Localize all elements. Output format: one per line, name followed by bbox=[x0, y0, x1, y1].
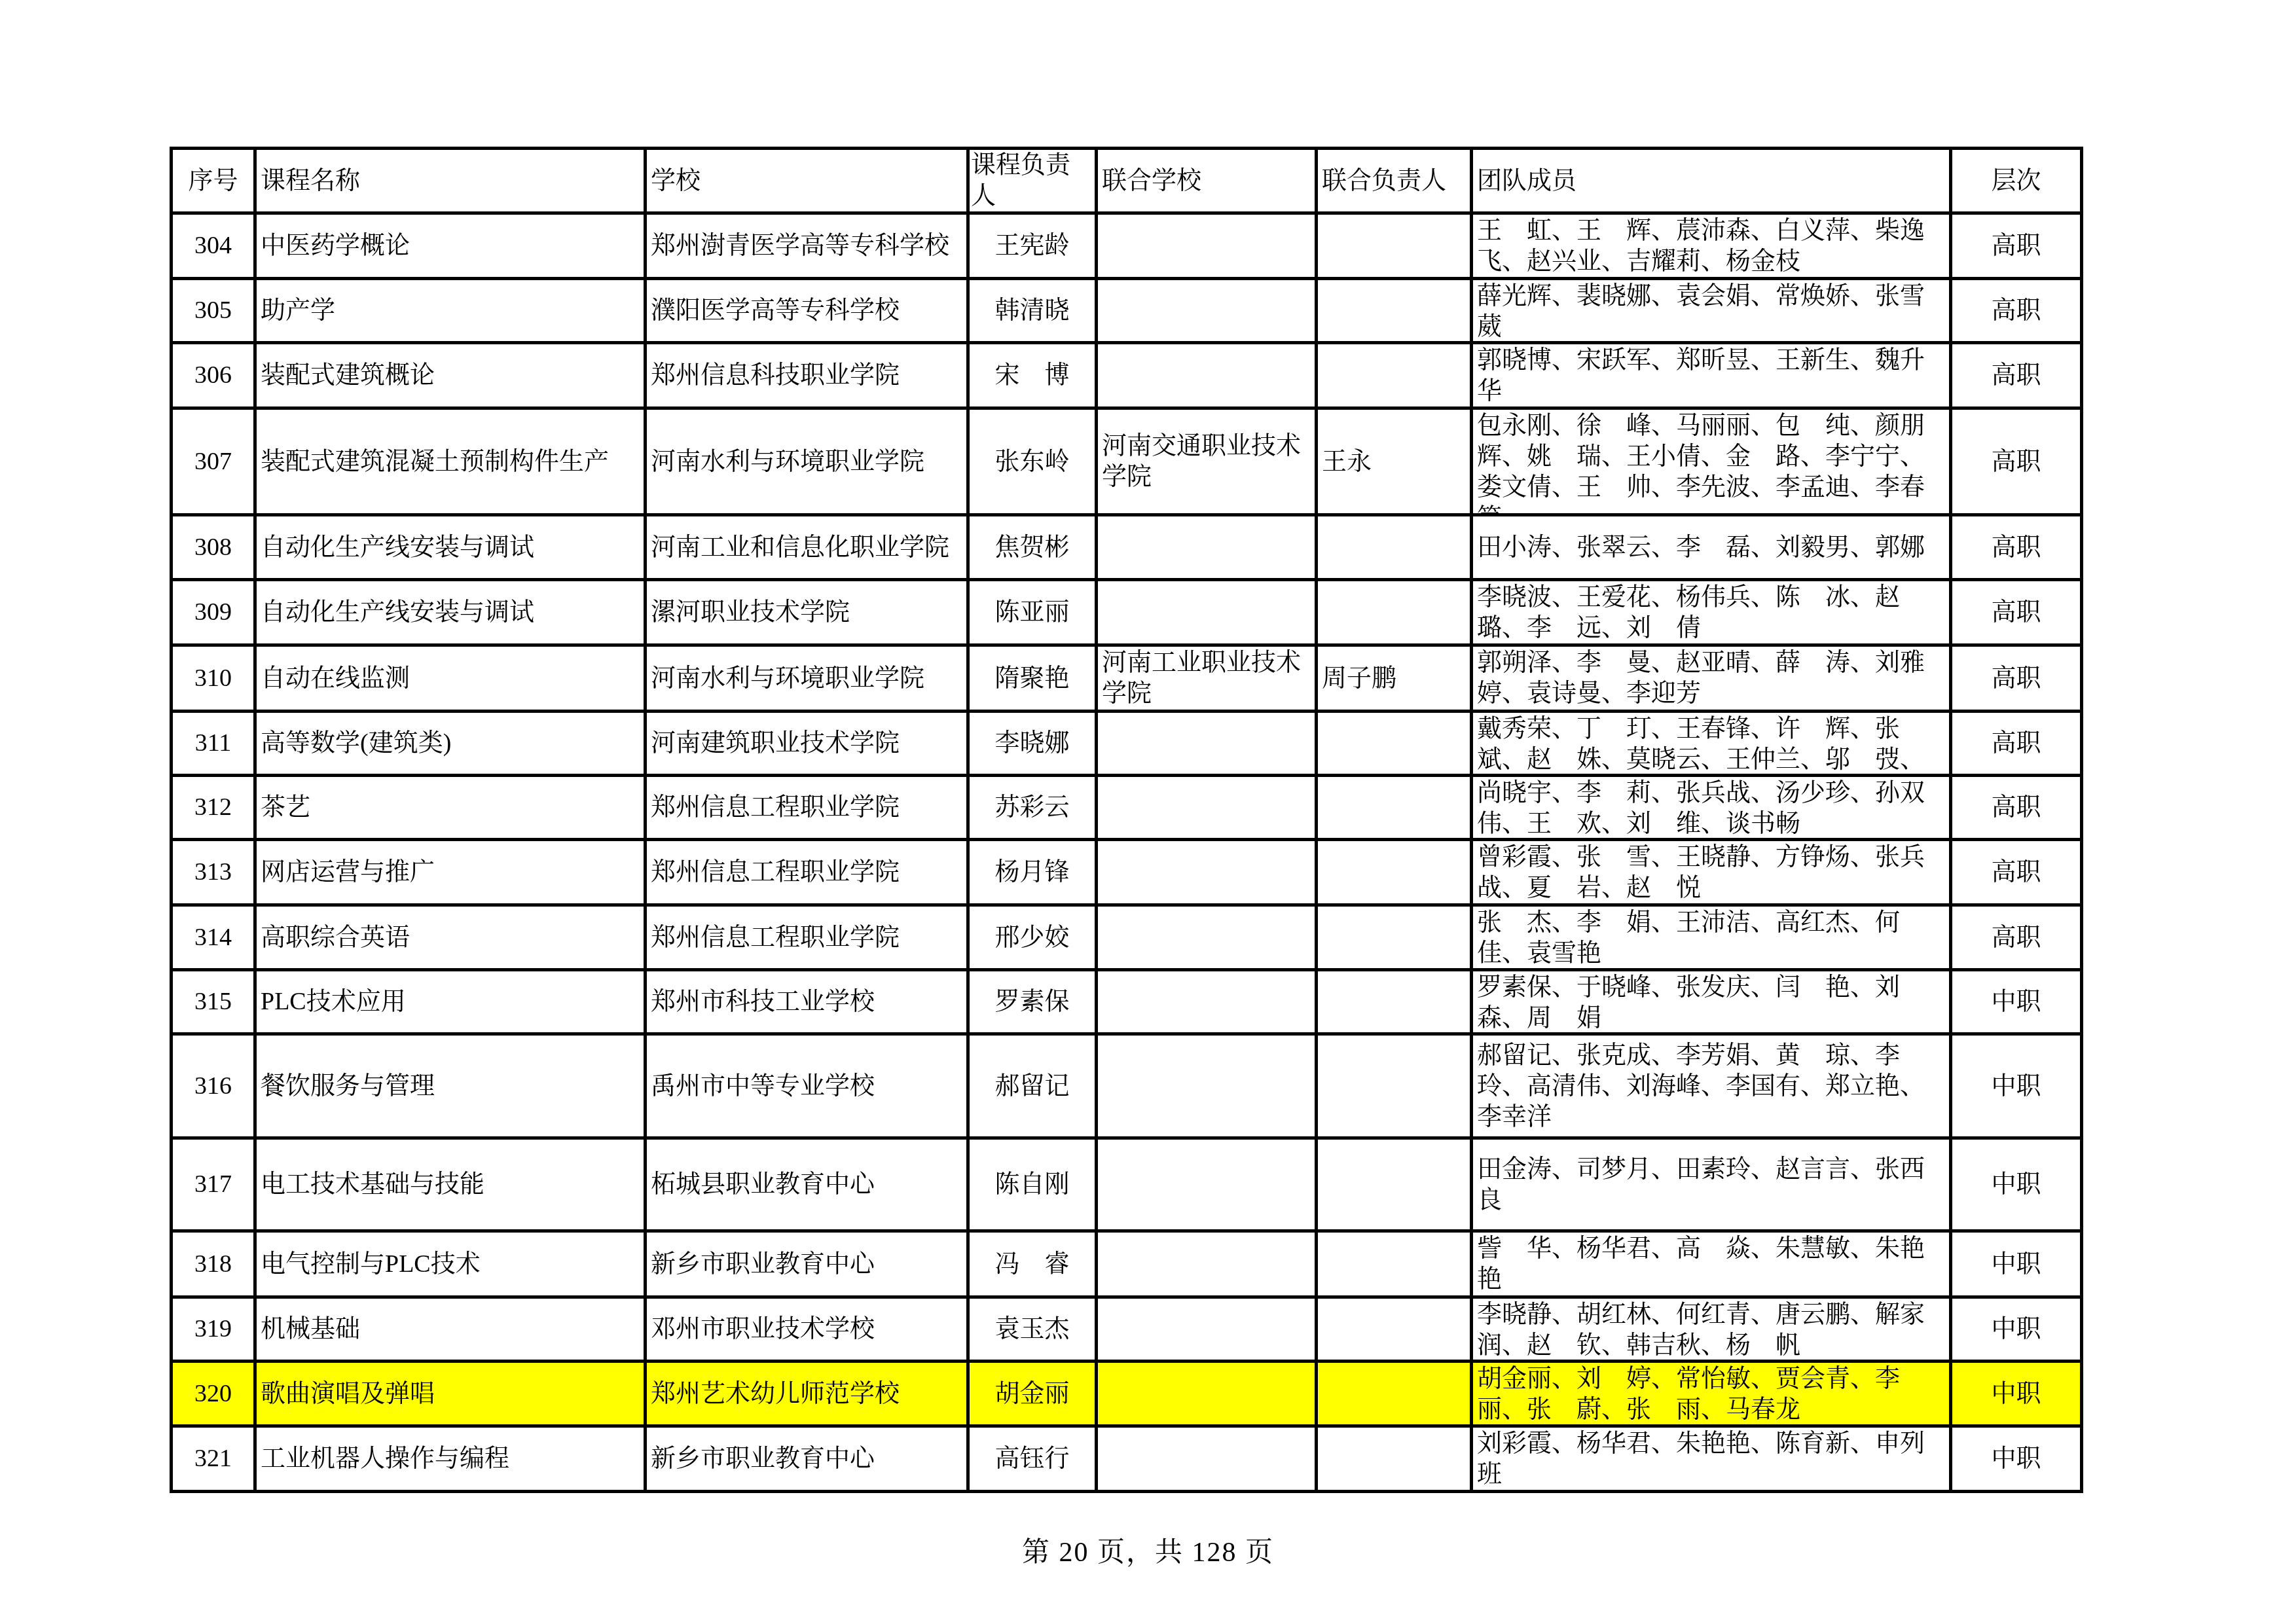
cell-level-text: 高职 bbox=[1956, 663, 2076, 694]
cell-course-text: 自动化生产线安装与调试 bbox=[261, 597, 640, 628]
cell-team: 郭朔泽、李 曼、赵亚晴、薛 涛、刘雅婷、袁诗曼、李迎芳 bbox=[1472, 645, 1951, 712]
cell-level: 高职 bbox=[1951, 645, 2082, 712]
cell-level: 高职 bbox=[1951, 213, 2082, 279]
cell-leader-text: 高钰行 bbox=[974, 1443, 1091, 1474]
table-row: 313网店运营与推广郑州信息工程职业学院杨月锋曾彩霞、张 雪、王晓静、方铮炀、张… bbox=[172, 840, 2082, 905]
cell-joint-leader bbox=[1317, 213, 1472, 279]
cell-level: 高职 bbox=[1951, 776, 2082, 840]
cell-course-text: 茶艺 bbox=[261, 792, 640, 823]
cell-course: 电工技术基础与技能 bbox=[255, 1138, 646, 1231]
cell-level-text: 中职 bbox=[1956, 1169, 2076, 1200]
table-row: 315PLC技术应用郑州市科技工业学校罗素保罗素保、于晓峰、张发庆、闫 艳、刘森… bbox=[172, 970, 2082, 1034]
cell-team-text: 田小涛、张翠云、李 磊、刘毅男、郭娜 bbox=[1477, 532, 1945, 563]
cell-level-text: 高职 bbox=[1956, 360, 2076, 391]
cell-team: 张 杰、李 娟、王沛洁、高红杰、何佳、袁雪艳 bbox=[1472, 905, 1951, 970]
cell-leader-text: 冯 睿 bbox=[974, 1249, 1091, 1280]
cell-no: 308 bbox=[172, 515, 255, 580]
cell-no: 312 bbox=[172, 776, 255, 840]
cell-level: 中职 bbox=[1951, 1138, 2082, 1231]
cell-joint-leader bbox=[1317, 580, 1472, 645]
cell-course-text: 高等数学(建筑类) bbox=[261, 728, 640, 759]
cell-leader: 罗素保 bbox=[968, 970, 1097, 1034]
cell-school: 河南建筑职业技术学院 bbox=[646, 712, 968, 776]
cell-joint-school bbox=[1097, 213, 1317, 279]
cell-leader-text: 陈亚丽 bbox=[974, 597, 1091, 628]
cell-leader: 陈自刚 bbox=[968, 1138, 1097, 1231]
cell-joint-school-text: 河南工业职业技术学院 bbox=[1102, 647, 1311, 709]
cell-level-text: 高职 bbox=[1956, 728, 2076, 759]
cell-no-text: 311 bbox=[177, 728, 249, 759]
cell-school: 禹州市中等专业学校 bbox=[646, 1034, 968, 1138]
cell-school-text: 郑州信息工程职业学院 bbox=[651, 857, 962, 888]
cell-school: 郑州信息工程职业学院 bbox=[646, 776, 968, 840]
cell-leader-text: 苏彩云 bbox=[974, 792, 1091, 823]
cell-level-text: 高职 bbox=[1956, 446, 2076, 477]
cell-joint-school bbox=[1097, 1426, 1317, 1492]
cell-leader-text: 王宪龄 bbox=[974, 230, 1091, 261]
cell-level: 中职 bbox=[1951, 1034, 2082, 1138]
cell-course: 自动化生产线安装与调试 bbox=[255, 515, 646, 580]
cell-school-text: 漯河职业技术学院 bbox=[651, 597, 962, 628]
cell-no: 313 bbox=[172, 840, 255, 905]
cell-team-text: 张 杰、李 娟、王沛洁、高红杰、何佳、袁雪艳 bbox=[1477, 907, 1945, 968]
header-school: 学校 bbox=[646, 149, 968, 213]
cell-leader-text: 韩清晓 bbox=[974, 295, 1091, 326]
cell-leader-text: 罗素保 bbox=[974, 986, 1091, 1017]
cell-school-text: 河南建筑职业技术学院 bbox=[651, 728, 962, 759]
cell-team-text: 郝留记、张克成、李芳娟、黄 琼、李玲、高清伟、刘海峰、李国有、郑立艳、李幸洋 bbox=[1477, 1040, 1945, 1132]
table-row: 310自动在线监测河南水利与环境职业学院隋聚艳河南工业职业技术学院周子鹏郭朔泽、… bbox=[172, 645, 2082, 712]
cell-joint-school bbox=[1097, 1297, 1317, 1362]
cell-school: 漯河职业技术学院 bbox=[646, 580, 968, 645]
cell-level-text: 高职 bbox=[1956, 792, 2076, 823]
header-team: 团队成员 bbox=[1472, 149, 1951, 213]
cell-level-text: 高职 bbox=[1956, 532, 2076, 563]
cell-no-text: 313 bbox=[177, 857, 249, 888]
cell-school-text: 郑州信息工程职业学院 bbox=[651, 922, 962, 953]
cell-no: 321 bbox=[172, 1426, 255, 1492]
cell-joint-school bbox=[1097, 905, 1317, 970]
cell-leader-text: 郝留记 bbox=[974, 1071, 1091, 1102]
cell-school: 邓州市职业技术学校 bbox=[646, 1297, 968, 1362]
cell-course-text: 自动在线监测 bbox=[261, 663, 640, 694]
cell-school-text: 河南水利与环境职业学院 bbox=[651, 663, 962, 694]
cell-no: 306 bbox=[172, 343, 255, 408]
cell-team: 王 虹、王 辉、莀沛森、白义萍、柴逸飞、赵兴业、吉耀莉、杨金枝 bbox=[1472, 213, 1951, 279]
cell-level: 中职 bbox=[1951, 1362, 2082, 1426]
cell-joint-school: 河南交通职业技术学院 bbox=[1097, 408, 1317, 515]
cell-no: 305 bbox=[172, 279, 255, 343]
cell-course-text: 餐饮服务与管理 bbox=[261, 1071, 640, 1102]
cell-joint-leader bbox=[1317, 515, 1472, 580]
cell-school: 河南水利与环境职业学院 bbox=[646, 645, 968, 712]
header-leader: 课程负责人 bbox=[968, 149, 1097, 213]
cell-leader: 邢少姣 bbox=[968, 905, 1097, 970]
cell-no: 310 bbox=[172, 645, 255, 712]
cell-no-text: 316 bbox=[177, 1071, 249, 1102]
table-row: 319机械基础邓州市职业技术学校袁玉杰李晓静、胡红林、何红青、唐云鹏、解家润、赵… bbox=[172, 1297, 2082, 1362]
cell-course-text: 电工技术基础与技能 bbox=[261, 1169, 640, 1200]
cell-course-text: 歌曲演唱及弹唱 bbox=[261, 1379, 640, 1409]
cell-leader: 苏彩云 bbox=[968, 776, 1097, 840]
cell-joint-leader bbox=[1317, 776, 1472, 840]
cell-no: 314 bbox=[172, 905, 255, 970]
cell-joint-leader: 周子鹏 bbox=[1317, 645, 1472, 712]
cell-course: 餐饮服务与管理 bbox=[255, 1034, 646, 1138]
cell-leader: 张东岭 bbox=[968, 408, 1097, 515]
cell-school-text: 新乡市职业教育中心 bbox=[651, 1249, 962, 1280]
cell-course: 工业机器人操作与编程 bbox=[255, 1426, 646, 1492]
table-row: 308自动化生产线安装与调试河南工业和信息化职业学院焦贺彬田小涛、张翠云、李 磊… bbox=[172, 515, 2082, 580]
cell-course: 机械基础 bbox=[255, 1297, 646, 1362]
table-row: 307装配式建筑混凝土预制构件生产河南水利与环境职业学院张东岭河南交通职业技术学… bbox=[172, 408, 2082, 515]
cell-team: 訾 华、杨华君、高 焱、朱慧敏、朱艳艳 bbox=[1472, 1231, 1951, 1297]
cell-no-text: 318 bbox=[177, 1249, 249, 1280]
cell-joint-leader bbox=[1317, 279, 1472, 343]
cell-leader: 郝留记 bbox=[968, 1034, 1097, 1138]
cell-leader: 王宪龄 bbox=[968, 213, 1097, 279]
cell-school-text: 郑州信息科技职业学院 bbox=[651, 360, 962, 391]
table-row: 314高职综合英语郑州信息工程职业学院邢少姣张 杰、李 娟、王沛洁、高红杰、何佳… bbox=[172, 905, 2082, 970]
cell-level-text: 高职 bbox=[1956, 295, 2076, 326]
cell-school-text: 濮阳医学高等专科学校 bbox=[651, 295, 962, 326]
cell-team-text: 郭朔泽、李 曼、赵亚晴、薛 涛、刘雅婷、袁诗曼、李迎芳 bbox=[1477, 647, 1945, 709]
cell-team: 李晓波、王爱花、杨伟兵、陈 冰、赵璐、李 远、刘 倩 bbox=[1472, 580, 1951, 645]
cell-no: 316 bbox=[172, 1034, 255, 1138]
cell-joint-school: 河南工业职业技术学院 bbox=[1097, 645, 1317, 712]
cell-school-text: 郑州艺术幼儿师范学校 bbox=[651, 1379, 962, 1409]
cell-course: 电气控制与PLC技术 bbox=[255, 1231, 646, 1297]
header-no: 序号 bbox=[172, 149, 255, 213]
cell-joint-leader-text: 王永 bbox=[1322, 446, 1466, 477]
cell-course: 高等数学(建筑类) bbox=[255, 712, 646, 776]
cell-joint-leader: 王永 bbox=[1317, 408, 1472, 515]
cell-team-text: 曾彩霞、张 雪、王晓静、方铮炀、张兵战、夏 岩、赵 悦 bbox=[1477, 842, 1945, 903]
cell-school-text: 郑州澍青医学高等专科学校 bbox=[651, 230, 962, 261]
cell-level-text: 高职 bbox=[1956, 922, 2076, 953]
cell-leader-text: 焦贺彬 bbox=[974, 532, 1091, 563]
table-row: 320歌曲演唱及弹唱郑州艺术幼儿师范学校胡金丽胡金丽、刘 婷、常怡敏、贾会青、李… bbox=[172, 1362, 2082, 1426]
cell-level-text: 高职 bbox=[1956, 857, 2076, 888]
cell-leader-text: 隋聚艳 bbox=[974, 663, 1091, 694]
cell-course: 助产学 bbox=[255, 279, 646, 343]
cell-no: 315 bbox=[172, 970, 255, 1034]
cell-joint-school bbox=[1097, 580, 1317, 645]
cell-team-text: 戴秀荣、丁 玎、王春锋、许 辉、张斌、赵 姝、莫晓云、王仲兰、邬 弢、 bbox=[1477, 713, 1945, 774]
cell-joint-leader bbox=[1317, 1138, 1472, 1231]
cell-school: 濮阳医学高等专科学校 bbox=[646, 279, 968, 343]
cell-leader-text: 张东岭 bbox=[974, 446, 1091, 477]
cell-no-text: 305 bbox=[177, 295, 249, 326]
header-joint-school: 联合学校 bbox=[1097, 149, 1317, 213]
cell-joint-school bbox=[1097, 776, 1317, 840]
cell-no: 309 bbox=[172, 580, 255, 645]
cell-level-text: 中职 bbox=[1956, 1379, 2076, 1409]
cell-team: 田小涛、张翠云、李 磊、刘毅男、郭娜 bbox=[1472, 515, 1951, 580]
cell-course: 自动在线监测 bbox=[255, 645, 646, 712]
cell-course: 茶艺 bbox=[255, 776, 646, 840]
cell-team: 曾彩霞、张 雪、王晓静、方铮炀、张兵战、夏 岩、赵 悦 bbox=[1472, 840, 1951, 905]
cell-team: 罗素保、于晓峰、张发庆、闫 艳、刘森、周 娟 bbox=[1472, 970, 1951, 1034]
cell-team: 戴秀荣、丁 玎、王春锋、许 辉、张斌、赵 姝、莫晓云、王仲兰、邬 弢、 bbox=[1472, 712, 1951, 776]
cell-level: 高职 bbox=[1951, 580, 2082, 645]
table-row: 306装配式建筑概论郑州信息科技职业学院宋 博郭晓博、宋跃军、郑昕昱、王新生、魏… bbox=[172, 343, 2082, 408]
table-row: 304中医药学概论郑州澍青医学高等专科学校王宪龄王 虹、王 辉、莀沛森、白义萍、… bbox=[172, 213, 2082, 279]
cell-school-text: 邓州市职业技术学校 bbox=[651, 1314, 962, 1344]
cell-team-text: 胡金丽、刘 婷、常怡敏、贾会青、李丽、张 蔚、张 雨、马春龙 bbox=[1477, 1363, 1945, 1424]
table-row: 311高等数学(建筑类)河南建筑职业技术学院李晓娜戴秀荣、丁 玎、王春锋、许 辉… bbox=[172, 712, 2082, 776]
cell-course: 中医药学概论 bbox=[255, 213, 646, 279]
cell-level-text: 高职 bbox=[1956, 597, 2076, 628]
cell-school: 郑州澍青医学高等专科学校 bbox=[646, 213, 968, 279]
cell-team-text: 王 虹、王 辉、莀沛森、白义萍、柴逸飞、赵兴业、吉耀莉、杨金枝 bbox=[1477, 215, 1945, 277]
cell-joint-leader bbox=[1317, 1426, 1472, 1492]
cell-level-text: 中职 bbox=[1956, 1071, 2076, 1102]
cell-team: 李晓静、胡红林、何红青、唐云鹏、解家润、赵 钦、韩吉秋、杨 帆 bbox=[1472, 1297, 1951, 1362]
cell-school: 郑州市科技工业学校 bbox=[646, 970, 968, 1034]
cell-team-text: 薛光辉、裴晓娜、袁会娟、常焕娇、张雪葳 bbox=[1477, 281, 1945, 341]
cell-joint-leader bbox=[1317, 1362, 1472, 1426]
header-joint-leader: 联合负责人 bbox=[1317, 149, 1472, 213]
cell-level-text: 中职 bbox=[1956, 986, 2076, 1017]
cell-team: 尚晓宇、李 莉、张兵战、汤少珍、孙双伟、王 欢、刘 维、谈书畅 bbox=[1472, 776, 1951, 840]
cell-joint-leader bbox=[1317, 1297, 1472, 1362]
cell-leader: 宋 博 bbox=[968, 343, 1097, 408]
cell-course-text: 机械基础 bbox=[261, 1314, 640, 1344]
cell-leader: 李晓娜 bbox=[968, 712, 1097, 776]
cell-no-text: 312 bbox=[177, 792, 249, 823]
cell-leader: 陈亚丽 bbox=[968, 580, 1097, 645]
cell-course: 歌曲演唱及弹唱 bbox=[255, 1362, 646, 1426]
cell-joint-leader bbox=[1317, 1034, 1472, 1138]
cell-school: 郑州信息工程职业学院 bbox=[646, 905, 968, 970]
cell-school-text: 禹州市中等专业学校 bbox=[651, 1071, 962, 1102]
cell-team-text: 田金涛、司梦月、田素玲、赵言言、张西良 bbox=[1477, 1154, 1945, 1216]
table-row: 321工业机器人操作与编程新乡市职业教育中心高钰行刘彩霞、杨华君、朱艳艳、陈育新… bbox=[172, 1426, 2082, 1492]
cell-joint-leader bbox=[1317, 840, 1472, 905]
cell-level: 中职 bbox=[1951, 1231, 2082, 1297]
cell-team-text: 郭晓博、宋跃军、郑昕昱、王新生、魏升华 bbox=[1477, 345, 1945, 406]
cell-joint-school bbox=[1097, 1138, 1317, 1231]
cell-level-text: 中职 bbox=[1956, 1443, 2076, 1474]
cell-joint-school bbox=[1097, 970, 1317, 1034]
cell-joint-leader bbox=[1317, 970, 1472, 1034]
cell-team: 薛光辉、裴晓娜、袁会娟、常焕娇、张雪葳 bbox=[1472, 279, 1951, 343]
cell-level: 高职 bbox=[1951, 712, 2082, 776]
cell-no: 311 bbox=[172, 712, 255, 776]
cell-course-text: 装配式建筑混凝土预制构件生产 bbox=[261, 446, 640, 477]
cell-joint-school bbox=[1097, 279, 1317, 343]
cell-no: 317 bbox=[172, 1138, 255, 1231]
cell-joint-school bbox=[1097, 840, 1317, 905]
cell-leader: 韩清晓 bbox=[968, 279, 1097, 343]
cell-team: 包永刚、徐 峰、马丽丽、包 纯、颜朋辉、姚 瑞、王小倩、金 路、李宁宁、娄文倩、… bbox=[1472, 408, 1951, 515]
cell-no-text: 308 bbox=[177, 532, 249, 563]
cell-school: 郑州信息科技职业学院 bbox=[646, 343, 968, 408]
cell-school-text: 郑州信息工程职业学院 bbox=[651, 792, 962, 823]
cell-leader-text: 宋 博 bbox=[974, 360, 1091, 391]
cell-level-text: 中职 bbox=[1956, 1249, 2076, 1280]
cell-no-text: 320 bbox=[177, 1379, 249, 1409]
cell-no-text: 314 bbox=[177, 922, 249, 953]
cell-team-text: 尚晓宇、李 莉、张兵战、汤少珍、孙双伟、王 欢、刘 维、谈书畅 bbox=[1477, 778, 1945, 838]
cell-level-text: 高职 bbox=[1956, 230, 2076, 261]
cell-team-text: 李晓静、胡红林、何红青、唐云鹏、解家润、赵 钦、韩吉秋、杨 帆 bbox=[1477, 1299, 1945, 1360]
cell-level: 高职 bbox=[1951, 408, 2082, 515]
cell-course-text: 装配式建筑概论 bbox=[261, 360, 640, 391]
cell-joint-leader bbox=[1317, 343, 1472, 408]
course-table: 序号 课程名称 学校 课程负责人 联合学校 联合负责人 团队成员 层次 304中… bbox=[170, 147, 2083, 1493]
table-row: 318电气控制与PLC技术新乡市职业教育中心冯 睿訾 华、杨华君、高 焱、朱慧敏… bbox=[172, 1231, 2082, 1297]
cell-joint-leader-text: 周子鹏 bbox=[1322, 663, 1466, 694]
cell-no: 320 bbox=[172, 1362, 255, 1426]
cell-level: 高职 bbox=[1951, 279, 2082, 343]
cell-team-text: 刘彩霞、杨华君、朱艳艳、陈育新、申列班 bbox=[1477, 1428, 1945, 1490]
cell-joint-school bbox=[1097, 515, 1317, 580]
cell-leader-text: 邢少姣 bbox=[974, 922, 1091, 953]
cell-leader-text: 袁玉杰 bbox=[974, 1314, 1091, 1344]
cell-level-text: 中职 bbox=[1956, 1314, 2076, 1344]
cell-course-text: 工业机器人操作与编程 bbox=[261, 1443, 640, 1474]
cell-team: 郭晓博、宋跃军、郑昕昱、王新生、魏升华 bbox=[1472, 343, 1951, 408]
cell-level: 高职 bbox=[1951, 840, 2082, 905]
cell-no-text: 307 bbox=[177, 446, 249, 477]
cell-course-text: 中医药学概论 bbox=[261, 230, 640, 261]
header-level: 层次 bbox=[1951, 149, 2082, 213]
cell-no: 319 bbox=[172, 1297, 255, 1362]
cell-course: PLC技术应用 bbox=[255, 970, 646, 1034]
cell-level: 高职 bbox=[1951, 905, 2082, 970]
cell-school: 郑州艺术幼儿师范学校 bbox=[646, 1362, 968, 1426]
cell-team: 胡金丽、刘 婷、常怡敏、贾会青、李丽、张 蔚、张 雨、马春龙 bbox=[1472, 1362, 1951, 1426]
cell-no: 318 bbox=[172, 1231, 255, 1297]
cell-no-text: 315 bbox=[177, 986, 249, 1017]
cell-school: 新乡市职业教育中心 bbox=[646, 1231, 968, 1297]
cell-team-text: 訾 华、杨华君、高 焱、朱慧敏、朱艳艳 bbox=[1477, 1233, 1945, 1295]
cell-course: 自动化生产线安装与调试 bbox=[255, 580, 646, 645]
cell-team: 刘彩霞、杨华君、朱艳艳、陈育新、申列班 bbox=[1472, 1426, 1951, 1492]
cell-team-text: 包永刚、徐 峰、马丽丽、包 纯、颜朋辉、姚 瑞、王小倩、金 路、李宁宁、娄文倩、… bbox=[1477, 410, 1945, 513]
cell-level: 中职 bbox=[1951, 970, 2082, 1034]
cell-level: 高职 bbox=[1951, 515, 2082, 580]
cell-no-text: 319 bbox=[177, 1314, 249, 1344]
cell-joint-school bbox=[1097, 343, 1317, 408]
cell-school-text: 河南水利与环境职业学院 bbox=[651, 446, 962, 477]
cell-team: 田金涛、司梦月、田素玲、赵言言、张西良 bbox=[1472, 1138, 1951, 1231]
cell-course-text: 自动化生产线安装与调试 bbox=[261, 532, 640, 563]
cell-leader: 冯 睿 bbox=[968, 1231, 1097, 1297]
table-row: 316餐饮服务与管理禹州市中等专业学校郝留记郝留记、张克成、李芳娟、黄 琼、李玲… bbox=[172, 1034, 2082, 1138]
cell-leader: 杨月锋 bbox=[968, 840, 1097, 905]
cell-leader: 袁玉杰 bbox=[968, 1297, 1097, 1362]
table-row: 309自动化生产线安装与调试漯河职业技术学院陈亚丽李晓波、王爱花、杨伟兵、陈 冰… bbox=[172, 580, 2082, 645]
cell-joint-school bbox=[1097, 1362, 1317, 1426]
header-course: 课程名称 bbox=[255, 149, 646, 213]
cell-school: 柘城县职业教育中心 bbox=[646, 1138, 968, 1231]
cell-school: 河南工业和信息化职业学院 bbox=[646, 515, 968, 580]
cell-joint-school-text: 河南交通职业技术学院 bbox=[1102, 431, 1311, 492]
cell-school-text: 柘城县职业教育中心 bbox=[651, 1169, 962, 1200]
cell-no-text: 321 bbox=[177, 1443, 249, 1474]
cell-course-text: 电气控制与PLC技术 bbox=[261, 1249, 640, 1280]
cell-course-text: 助产学 bbox=[261, 295, 640, 326]
cell-team-text: 罗素保、于晓峰、张发庆、闫 艳、刘森、周 娟 bbox=[1477, 972, 1945, 1032]
cell-leader: 焦贺彬 bbox=[968, 515, 1097, 580]
cell-school-text: 新乡市职业教育中心 bbox=[651, 1443, 962, 1474]
page-number: 第 20 页，共 128 页 bbox=[0, 1530, 2296, 1570]
cell-course-text: 网店运营与推广 bbox=[261, 857, 640, 888]
cell-level: 中职 bbox=[1951, 1297, 2082, 1362]
cell-no: 307 bbox=[172, 408, 255, 515]
cell-level: 高职 bbox=[1951, 343, 2082, 408]
cell-leader: 隋聚艳 bbox=[968, 645, 1097, 712]
cell-course: 装配式建筑混凝土预制构件生产 bbox=[255, 408, 646, 515]
cell-no-text: 310 bbox=[177, 663, 249, 694]
cell-joint-school bbox=[1097, 712, 1317, 776]
cell-course: 高职综合英语 bbox=[255, 905, 646, 970]
cell-joint-leader bbox=[1317, 1231, 1472, 1297]
cell-no-text: 309 bbox=[177, 597, 249, 628]
cell-leader-text: 胡金丽 bbox=[974, 1379, 1091, 1409]
cell-course-text: PLC技术应用 bbox=[261, 986, 640, 1017]
cell-joint-leader bbox=[1317, 905, 1472, 970]
cell-no-text: 317 bbox=[177, 1169, 249, 1200]
table-row: 305助产学濮阳医学高等专科学校韩清晓薛光辉、裴晓娜、袁会娟、常焕娇、张雪葳高职 bbox=[172, 279, 2082, 343]
table-row: 312茶艺郑州信息工程职业学院苏彩云尚晓宇、李 莉、张兵战、汤少珍、孙双伟、王 … bbox=[172, 776, 2082, 840]
cell-school: 新乡市职业教育中心 bbox=[646, 1426, 968, 1492]
cell-no: 304 bbox=[172, 213, 255, 279]
cell-team: 郝留记、张克成、李芳娟、黄 琼、李玲、高清伟、刘海峰、李国有、郑立艳、李幸洋 bbox=[1472, 1034, 1951, 1138]
cell-team-text: 李晓波、王爱花、杨伟兵、陈 冰、赵璐、李 远、刘 倩 bbox=[1477, 582, 1945, 643]
cell-course: 装配式建筑概论 bbox=[255, 343, 646, 408]
cell-leader: 高钰行 bbox=[968, 1426, 1097, 1492]
cell-school-text: 郑州市科技工业学校 bbox=[651, 986, 962, 1017]
cell-course: 网店运营与推广 bbox=[255, 840, 646, 905]
cell-school: 河南水利与环境职业学院 bbox=[646, 408, 968, 515]
cell-leader-text: 李晓娜 bbox=[974, 728, 1091, 759]
cell-joint-school bbox=[1097, 1034, 1317, 1138]
cell-no-text: 304 bbox=[177, 230, 249, 261]
cell-leader-text: 陈自刚 bbox=[974, 1169, 1091, 1200]
cell-joint-school bbox=[1097, 1231, 1317, 1297]
cell-level: 中职 bbox=[1951, 1426, 2082, 1492]
cell-leader: 胡金丽 bbox=[968, 1362, 1097, 1426]
cell-no-text: 306 bbox=[177, 360, 249, 391]
table-header-row: 序号 课程名称 学校 课程负责人 联合学校 联合负责人 团队成员 层次 bbox=[172, 149, 2082, 213]
table-body: 304中医药学概论郑州澍青医学高等专科学校王宪龄王 虹、王 辉、莀沛森、白义萍、… bbox=[172, 213, 2082, 1492]
cell-school-text: 河南工业和信息化职业学院 bbox=[651, 532, 962, 563]
cell-leader-text: 杨月锋 bbox=[974, 857, 1091, 888]
cell-course-text: 高职综合英语 bbox=[261, 922, 640, 953]
cell-school: 郑州信息工程职业学院 bbox=[646, 840, 968, 905]
cell-joint-leader bbox=[1317, 712, 1472, 776]
table-row: 317电工技术基础与技能柘城县职业教育中心陈自刚田金涛、司梦月、田素玲、赵言言、… bbox=[172, 1138, 2082, 1231]
